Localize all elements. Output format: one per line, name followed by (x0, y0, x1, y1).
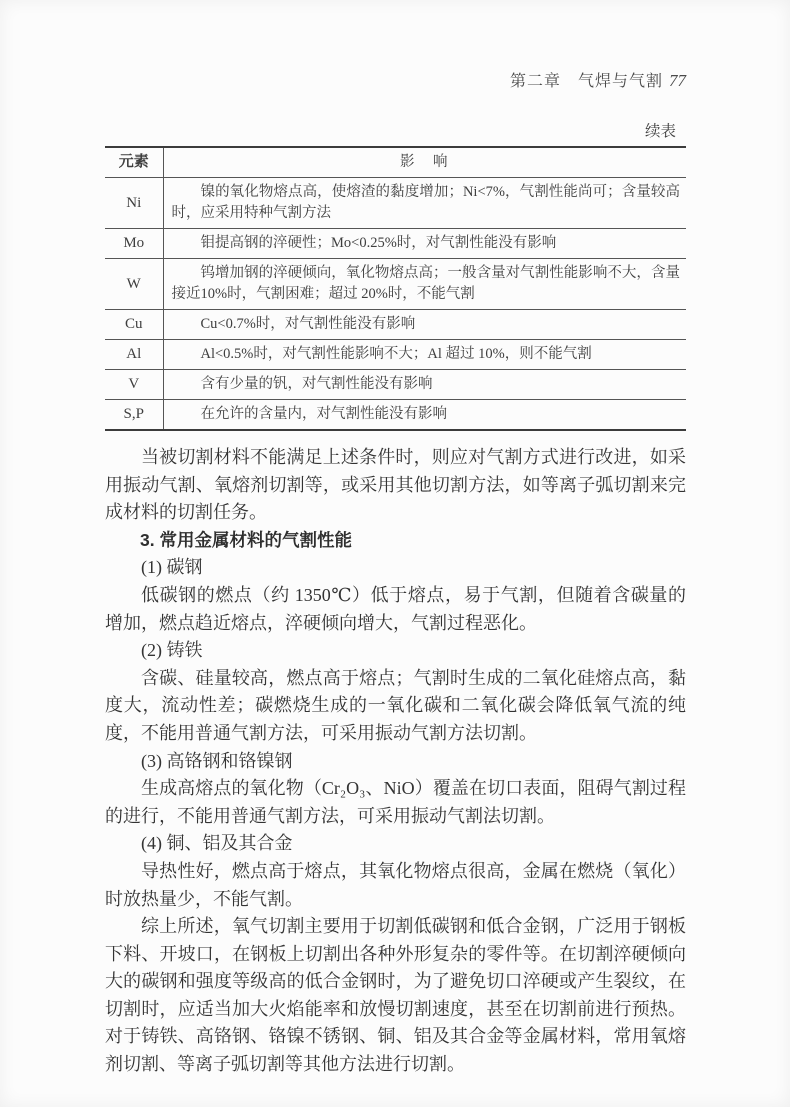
running-header: 第二章 气焊与气割77 (105, 68, 686, 91)
table-row: S,P 在允许的含量内，对气割性能没有影响 (105, 400, 686, 431)
element-cell: S,P (105, 400, 163, 431)
table-caption: 续表 (105, 119, 686, 141)
element-cell: V (105, 370, 163, 400)
element-cell: Al (105, 340, 163, 370)
element-cell: Mo (105, 229, 163, 259)
table-row: Al Al<0.5%时，对气割性能影响不大；Al 超过 10%，则不能气割 (105, 340, 686, 370)
column-header-effect: 影 响 (163, 147, 686, 178)
effect-cell: 含有少量的钒，对气割性能没有影响 (163, 370, 686, 400)
table-row: Ni 镍的氧化物熔点高，使熔渣的黏度增加；Ni<7%，气割性能尚可；含量较高时，… (105, 178, 686, 229)
body-text: 当被切割材料不能满足上述条件时，则应对气割方式进行改进，如采用振动气割、氧熔剂切… (105, 444, 686, 1079)
table-header-row: 元素 影 响 (105, 147, 686, 178)
effect-cell: 镍的氧化物熔点高，使熔渣的黏度增加；Ni<7%，气割性能尚可；含量较高时，应采用… (163, 178, 686, 229)
paragraph: 生成高熔点的氧化物（Cr₂O₃、NiO）覆盖在切口表面，阻碍气割过程的进行，不能… (105, 775, 686, 830)
effect-cell: Cu<0.7%时，对气割性能没有影响 (163, 310, 686, 340)
sub-heading: (1) 碳钢 (105, 554, 686, 582)
section-heading: 3. 常用金属材料的气割性能 (105, 527, 686, 555)
paragraph: 含碳、硅量较高，燃点高于熔点；气割时生成的二氧化硅熔点高，黏度大，流动性差；碳燃… (105, 665, 686, 748)
paragraph: 导热性好，燃点高于熔点，其氧化物熔点很高，金属在燃烧（氧化）时放热量少，不能气割… (105, 858, 686, 913)
element-cell: W (105, 259, 163, 310)
effect-cell: Al<0.5%时，对气割性能影响不大；Al 超过 10%，则不能气割 (163, 340, 686, 370)
sub-heading: (4) 铜、铝及其合金 (105, 830, 686, 858)
page-number: 77 (663, 71, 686, 90)
table-row: V 含有少量的钒，对气割性能没有影响 (105, 370, 686, 400)
table-row: Mo 钼提高钢的淬硬性；Mo<0.25%时，对气割性能没有影响 (105, 229, 686, 259)
paragraph: 当被切割材料不能满足上述条件时，则应对气割方式进行改进，如采用振动气割、氧熔剂切… (105, 444, 686, 527)
effect-cell: 钼提高钢的淬硬性；Mo<0.25%时，对气割性能没有影响 (163, 229, 686, 259)
element-cell: Ni (105, 178, 163, 229)
table-row: W 钨增加钢的淬硬倾向，氧化物熔点高；一般含量对气割性能影响不大，含量接近10%… (105, 259, 686, 310)
column-header-element: 元素 (105, 147, 163, 178)
effect-cell: 钨增加钢的淬硬倾向，氧化物熔点高；一般含量对气割性能影响不大，含量接近10%时，… (163, 259, 686, 310)
sub-heading: (2) 铸铁 (105, 637, 686, 665)
paragraph: 综上所述，氧气切割主要用于切割低碳钢和低合金钢，广泛用于钢板下料、开坡口，在钢板… (105, 913, 686, 1079)
element-cell: Cu (105, 310, 163, 340)
page-content: 第二章 气焊与气割77 续表 元素 影 响 Ni 镍的氧化物熔点高，使熔渣的黏度… (105, 0, 686, 1079)
sub-heading: (3) 高铬钢和铬镍钢 (105, 748, 686, 776)
effect-cell: 在允许的含量内，对气割性能没有影响 (163, 400, 686, 431)
elements-effect-table: 元素 影 响 Ni 镍的氧化物熔点高，使熔渣的黏度增加；Ni<7%，气割性能尚可… (105, 146, 686, 431)
book-page: 第二章 气焊与气割77 续表 元素 影 响 Ni 镍的氧化物熔点高，使熔渣的黏度… (0, 0, 790, 1107)
chapter-title: 第二章 气焊与气割 (510, 73, 663, 90)
paragraph: 低碳钢的燃点（约 1350℃）低于熔点，易于气割，但随着含碳量的增加，燃点趋近熔… (105, 582, 686, 637)
table-row: Cu Cu<0.7%时，对气割性能没有影响 (105, 310, 686, 340)
